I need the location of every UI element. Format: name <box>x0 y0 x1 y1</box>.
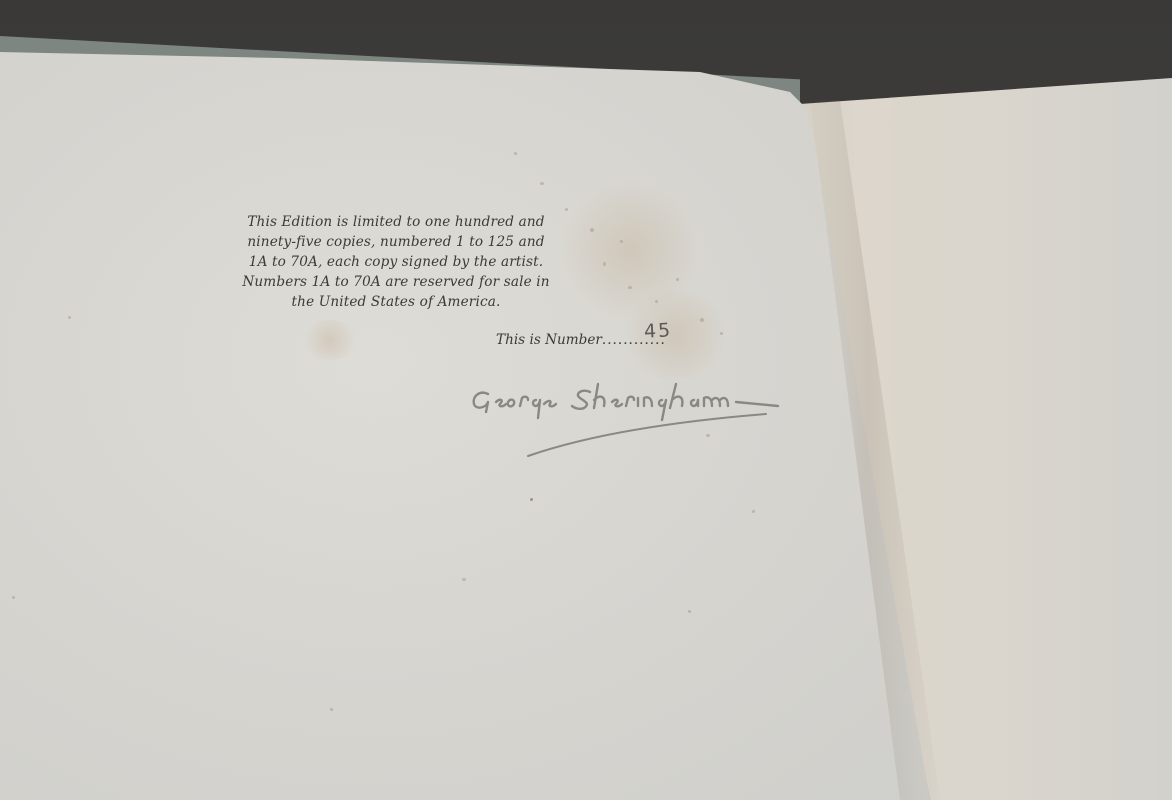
foxing-spot <box>462 578 466 581</box>
limitation-line: 1A to 70A, each copy signed by the artis… <box>228 252 564 272</box>
limitation-line: Numbers 1A to 70A are reserved for sale … <box>228 272 564 292</box>
foxing-spot <box>590 228 594 232</box>
foxing-spot <box>752 510 755 513</box>
foxing-spot <box>68 316 71 319</box>
handwritten-copy-number: 45 <box>643 319 672 342</box>
artist-signature-icon <box>466 378 796 468</box>
foxing-spot <box>628 286 632 289</box>
foxing-stain <box>300 320 360 360</box>
copy-number-label: This is Number <box>496 332 602 348</box>
foxing-spot <box>514 152 517 155</box>
limitation-line: the United States of America. <box>228 292 564 312</box>
book-photo: This Edition is limited to one hundred a… <box>0 0 1172 800</box>
foxing-spot <box>700 318 704 322</box>
foxing-spot <box>565 208 568 211</box>
foxing-spot <box>530 498 533 501</box>
foxing-spot <box>676 278 679 281</box>
foxing-spot <box>720 332 723 335</box>
limitation-statement: This Edition is limited to one hundred a… <box>228 212 564 312</box>
foxing-spot <box>620 240 623 243</box>
limitation-line: ninety-five copies, numbered 1 to 125 an… <box>228 232 564 252</box>
foxing-spot <box>688 610 691 613</box>
limitation-line: This Edition is limited to one hundred a… <box>228 212 564 232</box>
copy-number-line: This is Number............ <box>496 332 666 348</box>
foxing-spot <box>12 596 15 599</box>
foxing-spot <box>603 262 606 266</box>
foxing-spot <box>330 708 333 711</box>
foxing-spot <box>655 300 658 303</box>
foxing-spot <box>540 182 544 185</box>
